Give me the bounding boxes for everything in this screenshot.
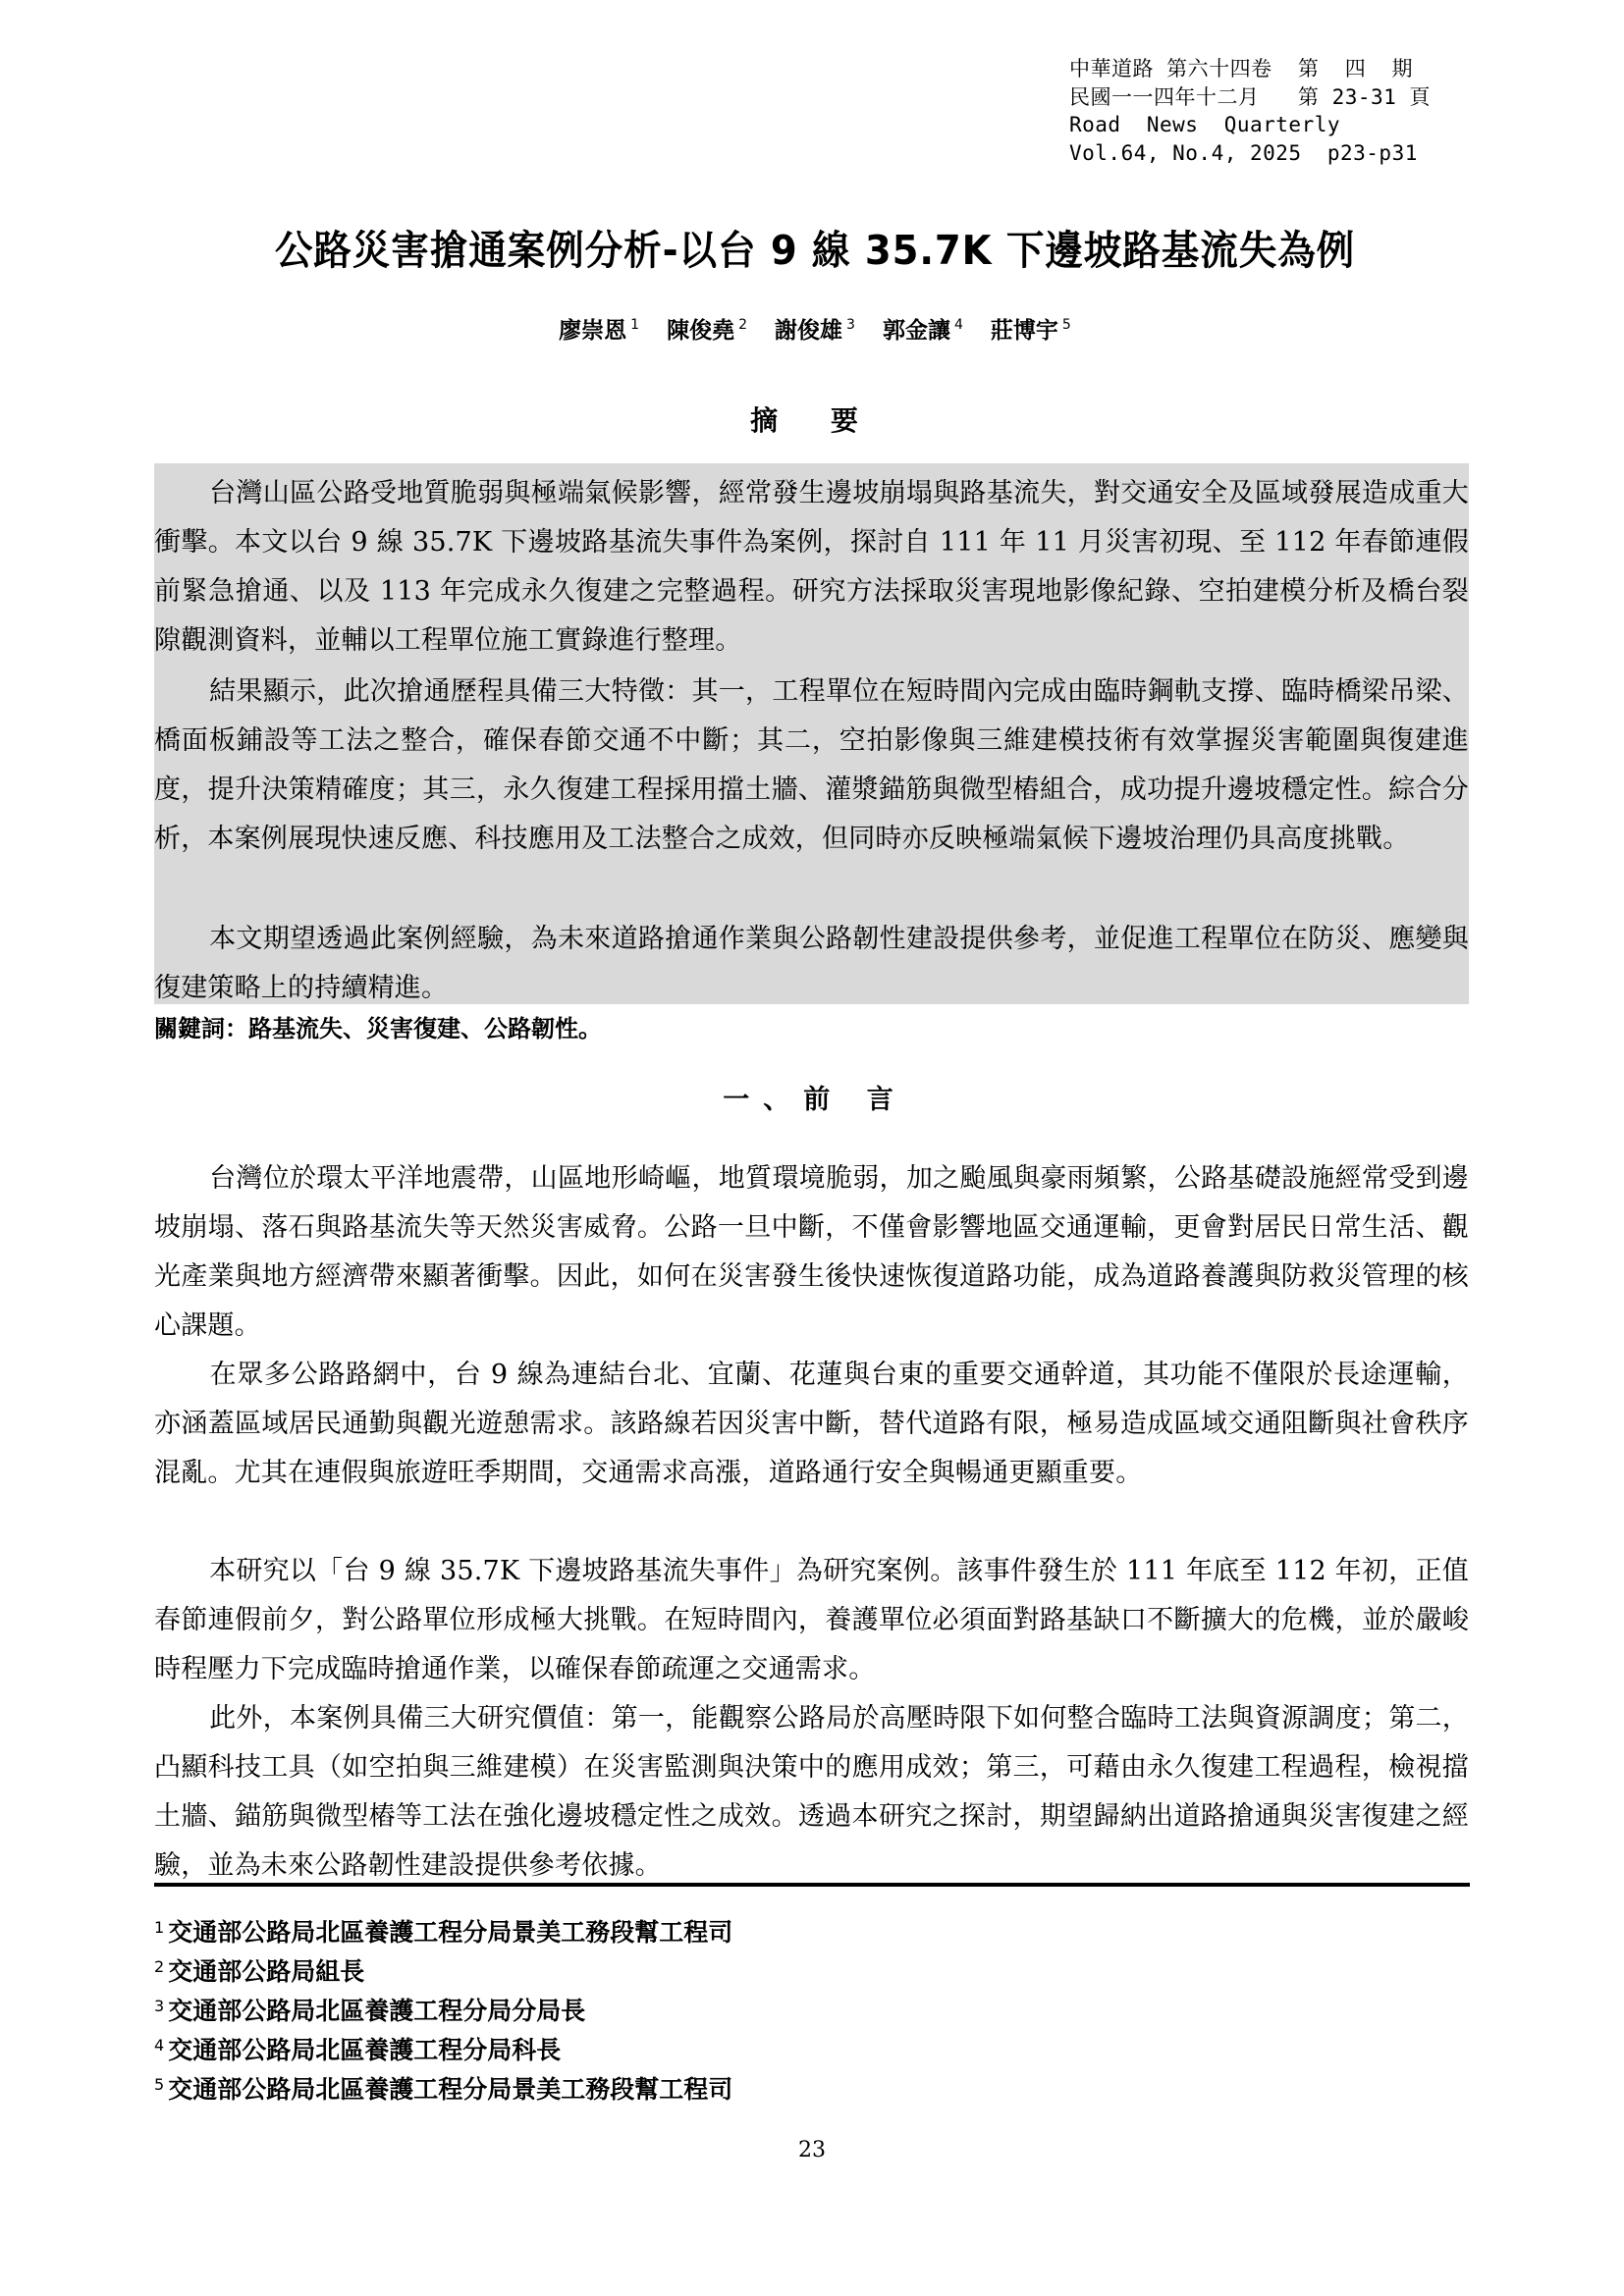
abstract-heading: 摘 要 bbox=[147, 400, 1483, 439]
author-list: 廖崇恩1 陳俊堯2 謝俊雄3 郭金讓4 莊博宇5 bbox=[147, 312, 1483, 345]
journal-english-citation: Vol.64, No.4, 2025 p23-p31 bbox=[1069, 139, 1442, 168]
keywords: 關鍵詞：路基流失、災害復建、公路韌性。 bbox=[154, 1009, 1469, 1043]
author-name: 廖崇恩 bbox=[559, 318, 626, 344]
author: 陳俊堯2 bbox=[667, 318, 747, 344]
introduction-heading: 一、前 言 bbox=[147, 1078, 1483, 1116]
footnote: 2交通部公路局組長 bbox=[154, 1949, 1470, 1989]
author: 謝俊雄3 bbox=[775, 318, 855, 344]
author-affiliation-mark: 2 bbox=[738, 317, 747, 333]
footnote-number: 3 bbox=[154, 1997, 164, 2015]
journal-volume-issue: 中華道路 第六十四卷 第 四 期 bbox=[1069, 55, 1442, 83]
footnote-number: 2 bbox=[154, 1957, 164, 1976]
footnote-text: 交通部公路局北區養護工程分局分局長 bbox=[168, 1997, 585, 2025]
author: 莊博宇5 bbox=[991, 318, 1071, 344]
author-affiliation-mark: 3 bbox=[846, 317, 855, 333]
author-name: 陳俊堯 bbox=[667, 318, 734, 344]
paper-title: 公路災害搶通案例分析-以台 9 線 35.7K 下邊坡路基流失為例 bbox=[188, 218, 1442, 276]
author-affiliation-mark: 1 bbox=[630, 317, 639, 333]
author-affiliation-mark: 4 bbox=[954, 317, 963, 333]
abstract-paragraph: 本文期望透過此案例經驗，為未來道路搶通作業與公路韌性建設提供參考，並促進工程單位… bbox=[154, 915, 1469, 1013]
footnote: 1交通部公路局北區養護工程分局景美工務段幫工程司 bbox=[154, 1910, 1470, 1949]
footnote-number: 5 bbox=[154, 2075, 164, 2094]
footnote: 3交通部公路局北區養護工程分局分局長 bbox=[154, 1989, 1470, 2028]
footnotes: 1交通部公路局北區養護工程分局景美工務段幫工程司 2交通部公路局組長 3交通部公… bbox=[154, 1910, 1470, 2107]
footnote: 4交通部公路局北區養護工程分局科長 bbox=[154, 2028, 1470, 2067]
footnote: 5交通部公路局北區養護工程分局景美工務段幫工程司 bbox=[154, 2067, 1470, 2107]
abstract-paragraph: 結果顯示，此次搶通歷程具備三大特徵：其一，工程單位在短時間內完成由臨時鋼軌支撐、… bbox=[154, 667, 1469, 864]
journal-header: 中華道路 第六十四卷 第 四 期 民國一一四年十二月 第 23-31 頁 Roa… bbox=[1069, 55, 1442, 167]
journal-english-name: Road News Quarterly bbox=[1069, 111, 1442, 139]
journal-date-pages: 民國一一四年十二月 第 23-31 頁 bbox=[1069, 83, 1442, 112]
author: 郭金讓4 bbox=[883, 318, 963, 344]
author-name: 郭金讓 bbox=[883, 318, 950, 344]
footnote-text: 交通部公路局北區養護工程分局科長 bbox=[168, 2036, 561, 2064]
body-paragraph: 台灣位於環太平洋地震帶，山區地形崎嶇，地質環境脆弱，加之颱風與豪雨頻繁，公路基礎… bbox=[154, 1154, 1469, 1351]
author-affiliation-mark: 5 bbox=[1062, 317, 1071, 333]
footnote-text: 交通部公路局北區養護工程分局景美工務段幫工程司 bbox=[168, 2075, 732, 2104]
footnote-number: 4 bbox=[154, 2036, 164, 2055]
body-paragraph: 在眾多公路路網中，台 9 線為連結台北、宜蘭、花蓮與台東的重要交通幹道，其功能不… bbox=[154, 1351, 1469, 1498]
footnote-text: 交通部公路局北區養護工程分局景美工務段幫工程司 bbox=[168, 1918, 732, 1947]
author-name: 莊博宇 bbox=[991, 318, 1058, 344]
footnote-number: 1 bbox=[154, 1918, 164, 1937]
body-paragraph: 本研究以「台 9 線 35.7K 下邊坡路基流失事件」為研究案例。該事件發生於 … bbox=[154, 1547, 1469, 1694]
page-number: 23 bbox=[147, 2138, 1477, 2163]
author: 廖崇恩1 bbox=[559, 318, 639, 344]
author-name: 謝俊雄 bbox=[775, 318, 842, 344]
footnote-divider bbox=[154, 1883, 1470, 1887]
footnote-text: 交通部公路局組長 bbox=[168, 1957, 364, 1986]
body-paragraph: 此外，本案例具備三大研究價值：第一，能觀察公路局於高壓時限下如何整合臨時工法與資… bbox=[154, 1694, 1469, 1891]
abstract-paragraph: 台灣山區公路受地質脆弱與極端氣候影響，經常發生邊坡崩塌與路基流失，對交通安全及區… bbox=[154, 469, 1469, 666]
